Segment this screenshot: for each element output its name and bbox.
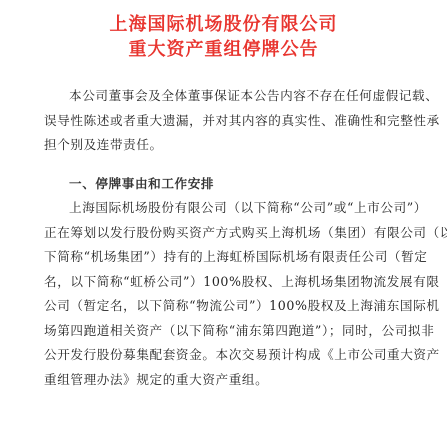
paragraph-line: 上海国际机场股份有限公司（以下简称“公司”或“上市公司”） [44, 196, 410, 221]
disclaimer-paragraph: 本公司董事会及全体董事保证本公告内容不存在任何虚假记载、 误导性陈述或者重大遗漏… [44, 84, 410, 158]
disclaimer-line: 本公司董事会及全体董事保证本公告内容不存在任何虚假记载、 [44, 84, 410, 109]
document-title: 上海国际机场股份有限公司 重大资产重组停牌公告 [0, 12, 447, 62]
disclaimer-line: 担个别及连带责任。 [44, 133, 410, 158]
paragraph-line: 重组管理办法》规定的重大资产重组。 [44, 368, 410, 393]
paragraph-line: 下简称“机场集团”）持有的上海虹桥国际机场有限责任公司（暂定 [44, 245, 410, 270]
section-1-paragraph: 上海国际机场股份有限公司（以下简称“公司”或“上市公司”） 正在筹划以发行股份购… [44, 196, 410, 392]
paragraph-line: 场第四跑道相关资产（以下简称“浦东第四跑道”）；同时，公司拟非 [44, 319, 410, 344]
disclaimer-line: 误导性陈述或者重大遗漏，并对其内容的真实性、准确性和完整性承 [44, 109, 410, 134]
announcement-title: 重大资产重组停牌公告 [0, 37, 447, 62]
section-heading-suspension-reason: 一、停牌事由和工作安排 [44, 172, 410, 197]
paragraph-line: 名，以下简称“虹桥公司”）100%股权、上海机场集团物流发展有限 [44, 270, 410, 295]
company-name-title: 上海国际机场股份有限公司 [0, 12, 447, 37]
document-body: 本公司董事会及全体董事保证本公告内容不存在任何虚假记载、 误导性陈述或者重大遗漏… [44, 84, 410, 392]
paragraph-line: 正在筹划以发行股份购买资产方式购买上海机场（集团）有限公司（以 [44, 221, 410, 246]
paragraph-line: 公开发行股份募集配套资金。本次交易预计构成《上市公司重大资产 [44, 343, 410, 368]
paragraph-line: 公司（暂定名，以下简称“物流公司”）100%股权及上海浦东国际机 [44, 294, 410, 319]
